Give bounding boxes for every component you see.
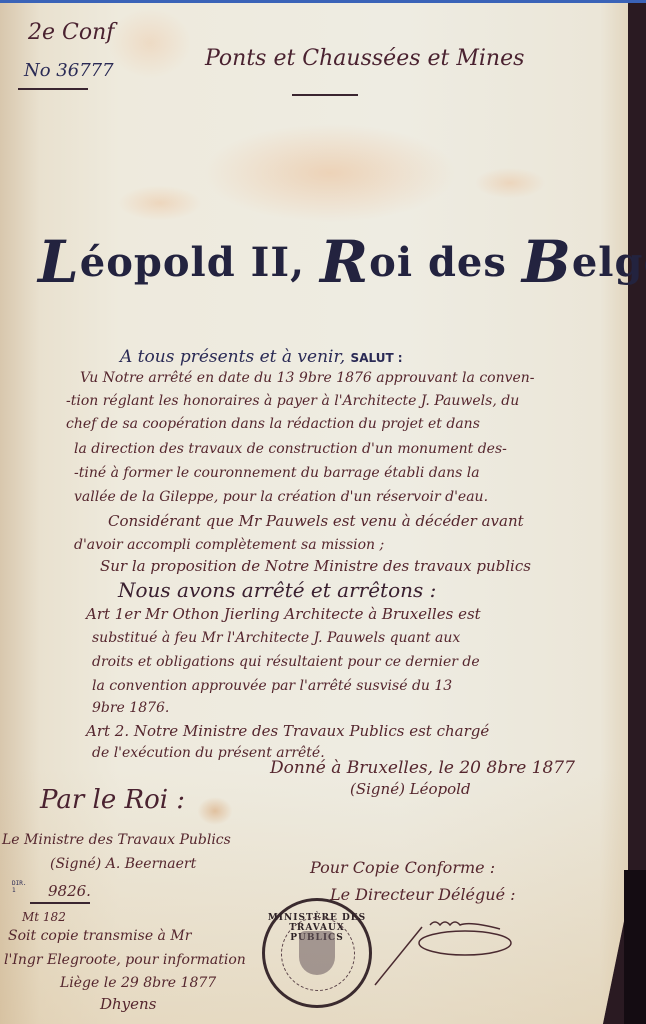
body-line: chef de sa coopération dans la rédaction… — [66, 416, 480, 432]
note-date: Liège le 29 8bre 1877 — [60, 975, 216, 991]
title-initial-r: R — [320, 228, 369, 296]
department-underline — [292, 94, 358, 96]
king-signature: (Signé) Léopold — [350, 780, 471, 798]
coat-of-arms-icon — [299, 931, 335, 975]
frame-edge — [624, 870, 646, 1024]
division-label: 2e Conf — [28, 20, 114, 45]
note-line: Soit copie transmise à Mr — [8, 928, 191, 944]
title-initial-b: B — [522, 228, 572, 296]
salutation: A tous présents et à venir, SALUT : — [120, 347, 403, 367]
by-the-king-heading: Par le Roi : — [40, 785, 185, 815]
article-line: Art 2. Notre Ministre des Travaux Public… — [86, 722, 489, 740]
title-part-2: oi des — [369, 239, 507, 286]
director-signature-icon — [370, 915, 530, 995]
note-line: l'Ingr Elegroote, pour information — [4, 952, 246, 968]
decree-heading: Nous avons arrêté et arrêtons : — [118, 578, 436, 602]
title-initial-l: L — [38, 228, 80, 296]
body-line: d'avoir accompli complètement sa mission… — [74, 537, 384, 553]
article-line: 9bre 1876. — [92, 700, 169, 716]
body-line: Considérant que Mr Pauwels est venu à dé… — [108, 512, 524, 530]
title-part-3: elges, — [572, 239, 646, 286]
salutation-emphasis: SALUT : — [351, 351, 403, 365]
document-number: No 36777 — [24, 60, 114, 81]
document-title: Léopold II, Roi des Belges, — [38, 228, 598, 296]
body-line: Vu Notre arrêté en date du 13 9bre 1876 … — [80, 370, 535, 386]
article-line: substitué à feu Mr l'Architecte J. Pauwe… — [92, 630, 460, 646]
note-ref: Mt 182 — [22, 910, 66, 924]
salutation-text: A tous présents et à venir, — [120, 347, 345, 367]
number-underline — [18, 88, 88, 90]
reference-underline — [30, 902, 90, 904]
certification-line: Pour Copie Conforme : — [310, 858, 495, 877]
body-line: Sur la proposition de Notre Ministre des… — [100, 557, 531, 575]
article-line: droits et obligations qui résultaient po… — [92, 654, 480, 670]
minister-signature: (Signé) A. Beernaert — [50, 856, 196, 872]
note-signature: Dhyens — [100, 995, 156, 1013]
body-line: -tiné à former le couronnement du barrag… — [74, 465, 480, 481]
article-line: la convention approuvée par l'arrêté sus… — [92, 678, 452, 694]
certification-line: Le Directeur Délégué : — [330, 885, 516, 904]
reference-number: 9826. — [48, 882, 91, 900]
top-border — [0, 0, 646, 3]
given-at-line: Donné à Bruxelles, le 20 8bre 1877 — [270, 758, 575, 778]
minister-title: Le Ministre des Travaux Publics — [2, 832, 231, 848]
article-line: Art 1er Mr Othon Jierling Architecte à B… — [86, 605, 481, 623]
body-line: la direction des travaux de construction… — [74, 441, 507, 457]
title-part-1: éopold II, — [80, 239, 305, 286]
department-heading: Ponts et Chaussées et Mines — [205, 46, 524, 71]
ministry-seal: MINISTÈRE DES TRAVAUX PUBLICS — [262, 898, 372, 1008]
side-print: DIR. 1 — [12, 880, 18, 894]
body-line: vallée de la Gileppe, pour la création d… — [74, 489, 488, 505]
body-line: -tion réglant les honoraires à payer à l… — [66, 393, 519, 409]
